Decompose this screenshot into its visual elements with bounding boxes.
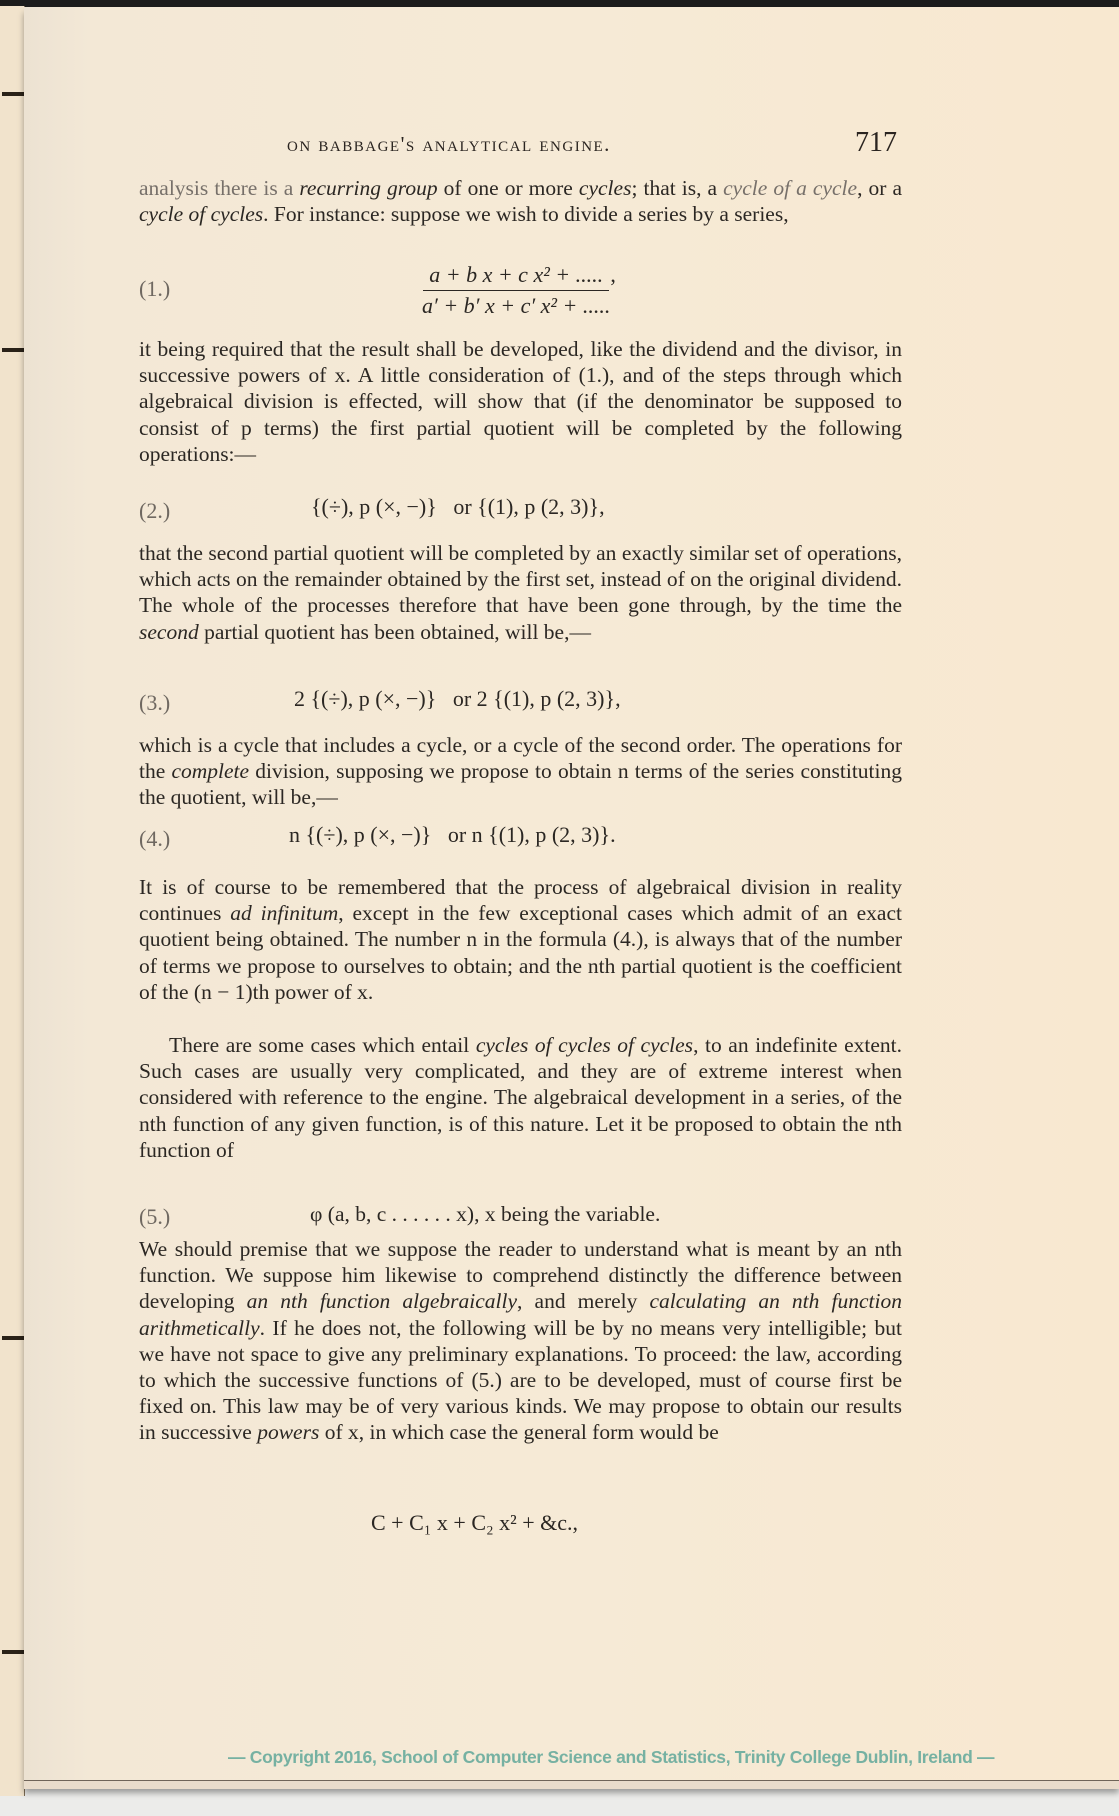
page-number: 717	[855, 127, 897, 159]
equation-label: (5.)	[139, 1204, 170, 1230]
binding-stitch	[2, 1336, 24, 1340]
equation-label: (1.)	[139, 276, 170, 302]
text-run: of x, in which case the general form wou…	[319, 1420, 718, 1444]
equation-5: (5.) φ (a, b, c . . . . . . x), x being …	[139, 1198, 902, 1238]
binding-stitch	[2, 92, 24, 96]
binding-stitch	[2, 348, 24, 352]
equation-2: (2.) {(÷), p (×, −)} or {(1), p (2, 3)},	[139, 492, 902, 532]
italic-run: cycles of cycles of cycles	[476, 1033, 693, 1057]
text-run: . For instance: suppose we wish to divid…	[263, 202, 788, 226]
previous-page-leaf	[0, 6, 25, 1796]
equation-fraction: a + b x + c x² + ..... a′ + b′ x + c′ x²…	[422, 262, 616, 319]
running-header: ON BABBAGE'S ANALYTICAL ENGINE. 717	[287, 127, 897, 159]
equation-left: 2 {(÷), p (×, −)}	[294, 686, 436, 711]
italic-run: ad infinitum	[230, 901, 338, 925]
fraction-denominator: a′ + b′ x + c′ x² + .....	[422, 291, 610, 319]
equation-or: or	[453, 494, 471, 519]
binding-stitch	[2, 1650, 24, 1654]
paragraph-7: We should premise that we suppose the re…	[139, 1236, 902, 1446]
paragraph-3: that the second partial quotient will be…	[139, 540, 902, 645]
equation-punctuation: ,	[599, 494, 605, 519]
paragraph-5: It is of course to be remembered that th…	[139, 874, 902, 1005]
equation-4: (4.) n {(÷), p (×, −)} or n {(1), p (2, …	[139, 820, 902, 860]
equation-punctuation: .	[610, 822, 616, 847]
paragraph-4: which is a cycle that includes a cycle, …	[139, 732, 902, 811]
text-run: of one or more	[438, 176, 579, 200]
equation-label: (3.)	[139, 690, 170, 716]
equation-1: (1.) a + b x + c x² + ..... a′ + b′ x + …	[139, 262, 902, 324]
copyright-watermark: — Copyright 2016, School of Computer Sci…	[228, 1747, 1119, 1768]
equation-3: (3.) 2 {(÷), p (×, −)} or 2 {(1), p (2, …	[139, 684, 902, 724]
italic-run: cycle of cycles	[139, 202, 263, 226]
equation-right: {(1), p (2, 3)}	[493, 686, 615, 711]
equation-right: {(1), p (2, 3)}	[477, 494, 599, 519]
text-run: division, supposing we propose to obtain…	[139, 759, 902, 809]
running-title: ON BABBAGE'S ANALYTICAL ENGINE.	[287, 132, 611, 157]
equation-6: C + C₁ x + C₂ x² + &c.,	[139, 1510, 902, 1550]
paragraph-2: it being required that the result shall …	[139, 336, 902, 467]
equation-label: (2.)	[139, 498, 170, 524]
text-run: analysis there is a	[139, 176, 299, 200]
text-run: , or a	[857, 176, 902, 200]
text-run: that the second partial quotient will be…	[139, 541, 902, 617]
italic-run: recurring group	[299, 176, 437, 200]
italic-run: cycle of a cycle	[723, 176, 857, 200]
italic-run: powers	[257, 1420, 319, 1444]
page-bottom-edge	[24, 1780, 1119, 1789]
equation-body: C + C₁ x + C₂ x² + &c.,	[371, 1510, 578, 1536]
text-run: There are some cases which entail	[169, 1033, 476, 1057]
italic-run: an nth function algebraically	[247, 1289, 517, 1313]
equation-right: {(1), p (2, 3)}	[488, 822, 610, 847]
equation-body: φ (a, b, c . . . . . . x), x being the v…	[310, 1202, 660, 1227]
italic-run: complete	[171, 759, 249, 783]
italic-run: cycles	[579, 176, 632, 200]
text-run: partial quotient has been obtained, will…	[199, 620, 591, 644]
text-run: ; that is, a	[631, 176, 723, 200]
italic-run: second	[139, 620, 199, 644]
equation-or: or 2	[453, 686, 488, 711]
text-run: , and merely	[517, 1289, 649, 1313]
equation-left: n {(÷), p (×, −)}	[289, 822, 431, 847]
equation-punctuation: ,	[610, 262, 616, 287]
equation-or: or n	[448, 822, 483, 847]
paragraph-1: analysis there is a recurring group of o…	[139, 175, 902, 227]
paragraph-text: it being required that the result shall …	[139, 336, 902, 467]
equation-label: (4.)	[139, 826, 170, 852]
equation-punctuation: ,	[615, 686, 621, 711]
paragraph-6: There are some cases which entail cycles…	[139, 1032, 902, 1163]
equation-left: {(÷), p (×, −)}	[311, 494, 437, 519]
fraction-numerator: a + b x + c x² + .....	[423, 262, 609, 291]
